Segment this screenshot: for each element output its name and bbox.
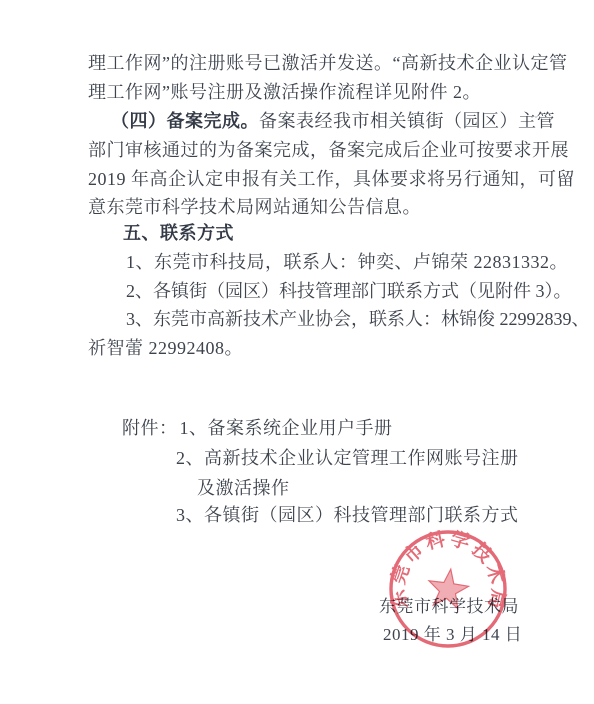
scan-noise-dots — [531, 116, 539, 119]
section5-heading: 五、联系方式 — [123, 222, 234, 244]
attachments-label: 附件： — [122, 418, 178, 438]
body-line-5: 2019 年高企认定申报有关工作，具体要求将另行通知，可留 — [88, 168, 575, 190]
document-page: 理工作网”的注册账号已激活并发送。“高新技术企业认定管 理工作网”账号注册及激活… — [0, 0, 594, 704]
attachment-item-2-continuation: 及激活操作 — [197, 477, 290, 499]
contact-item-3: 3、东莞市高新技术产业协会，联系人：林锦俊 22992839、 — [126, 308, 590, 330]
para4-rest: 备案表经我市相关镇街（园区）主管 — [259, 111, 555, 131]
attachments-line-1: 附件：1、备案系统企业用户手册 — [122, 417, 393, 439]
contact-item-3-continuation: 祈智蕾 22992408。 — [88, 337, 243, 359]
body-line-2: 理工作网”账号注册及激活操作流程详见附件 2。 — [88, 81, 481, 103]
contact-item-2: 2、各镇街（园区）科技管理部门联系方式（见附件 3）。 — [126, 280, 572, 302]
attachment-item-1: 1、备案系统企业用户手册 — [180, 418, 393, 438]
body-line-4: 部门审核通过的为备案完成，备案完成后企业可按要求开展 — [88, 139, 569, 161]
body-line-6: 意东莞市科学技术局网站通知公告信息。 — [88, 196, 421, 218]
contact-item-1: 1、东莞市科技局，联系人：钟奕、卢锦荣 22831332。 — [126, 251, 568, 273]
para4-lead: （四）备案完成。 — [111, 111, 259, 131]
official-seal: 东莞市科学技术局 — [378, 519, 518, 659]
attachment-item-2: 2、高新技术企业认定管理工作网账号注册 — [176, 447, 519, 469]
seal-star-icon — [426, 566, 471, 609]
seal-ring-text: 东莞市科学技术局 — [386, 527, 511, 614]
body-line-3: （四）备案完成。备案表经我市相关镇街（园区）主管 — [111, 110, 555, 132]
body-line-1: 理工作网”的注册账号已激活并发送。“高新技术企业认定管 — [88, 52, 567, 74]
